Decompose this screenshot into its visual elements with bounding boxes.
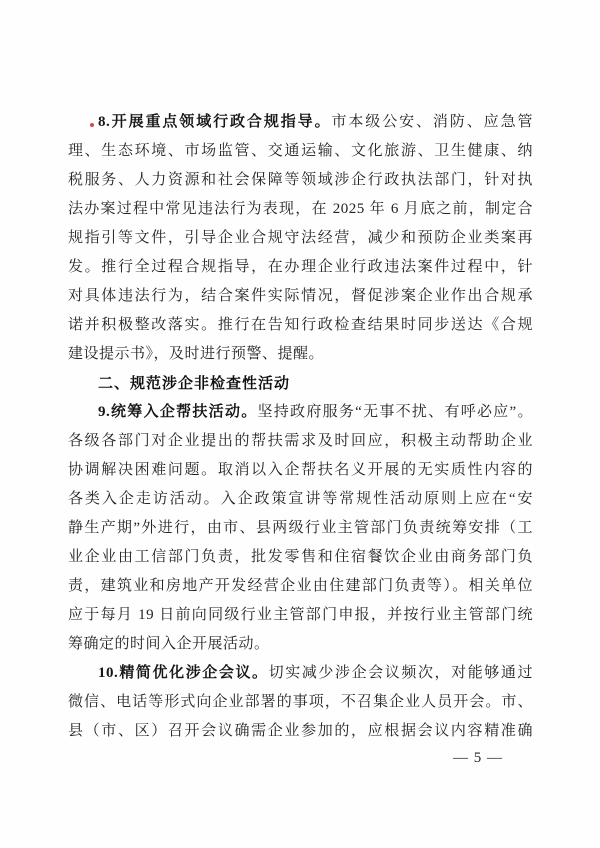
paragraph-9-line-6: 业企业由工信部门负责，批发零售和住宿餐饮企业由商务部门负 bbox=[68, 543, 533, 572]
page-number: — 5 — bbox=[453, 750, 503, 766]
paragraph-8-line-4: 法办案过程中常见违法行为表现，在 2025 年 6 月底之前，制定合 bbox=[68, 195, 533, 224]
paragraph-8-line-2: 理、生态环境、市场监管、交通运输、文化旅游、卫生健康、纳 bbox=[68, 137, 533, 166]
paragraph-10-lead: 10.精简优化涉企会议。 bbox=[98, 665, 269, 681]
paragraph-10-text: 切实减少涉企会议频次，对能够通过 bbox=[269, 665, 533, 681]
paragraph-9-line-9: 筹确定的时间入企开展活动。 bbox=[68, 630, 533, 659]
document-body: 8.开展重点领域行政合规指导。市本级公安、消防、应急管 理、生态环境、市场监管、… bbox=[68, 108, 533, 746]
paragraph-9-lead: 9.统筹入企帮扶活动。 bbox=[98, 404, 258, 420]
paragraph-8-line-6: 发。推行全过程合规指导，在办理企业行政违法案件过程中，针 bbox=[68, 253, 533, 282]
page-footer: — 5 — bbox=[68, 747, 533, 769]
paragraph-8-line-1: 8.开展重点领域行政合规指导。市本级公安、消防、应急管 bbox=[68, 108, 533, 137]
paragraph-9-line-8: 应于每月 19 日前向同级行业主管部门申报，并按行业主管部门统 bbox=[68, 601, 533, 630]
paragraph-9-text: 坚持政府服务“无事不扰、有呼必应”。 bbox=[258, 404, 533, 420]
paragraph-8-line-7: 对具体违法行为，结合案件实际情况，督促涉案企业作出合规承 bbox=[68, 282, 533, 311]
paragraph-9-line-7: 责，建筑业和房地产开发经营企业由住建部门负责等）。相关单位 bbox=[68, 572, 533, 601]
document-page: 8.开展重点领域行政合规指导。市本级公安、消防、应急管 理、生态环境、市场监管、… bbox=[0, 0, 600, 848]
paragraph-10-line-3: 县（市、区）召开会议确需企业参加的，应根据会议内容精准确 bbox=[68, 717, 533, 746]
paragraph-9-line-5: 静生产期”外进行，由市、县两级行业主管部门负责统筹安排（工 bbox=[68, 514, 533, 543]
paragraph-9-line-2: 各级各部门对企业提出的帮扶需求及时回应，积极主动帮助企业 bbox=[68, 427, 533, 456]
paragraph-8-lead: 8.开展重点领域行政合规指导。 bbox=[98, 114, 331, 130]
paragraph-8-line-3: 税服务、人力资源和社会保障等领域涉企行政执法部门，针对执 bbox=[68, 166, 533, 195]
scan-artifact-speck bbox=[90, 123, 94, 127]
paragraph-9-line-1: 9.统筹入企帮扶活动。坚持政府服务“无事不扰、有呼必应”。 bbox=[68, 398, 533, 427]
paragraph-8-line-9: 建设提示书》，及时进行预警、提醒。 bbox=[68, 340, 533, 369]
paragraph-9-line-3: 协调解决困难问题。取消以入企帮扶名义开展的无实质性内容的 bbox=[68, 456, 533, 485]
paragraph-9-line-4: 各类入企走访活动。入企政策宣讲等常规性活动原则上应在“安 bbox=[68, 485, 533, 514]
paragraph-10-line-1: 10.精简优化涉企会议。切实减少涉企会议频次，对能够通过 bbox=[68, 659, 533, 688]
section-2-heading: 二、规范涉企非检查性活动 bbox=[68, 369, 533, 398]
paragraph-8-text: 市本级公安、消防、应急管 bbox=[331, 114, 533, 130]
paragraph-8-line-5: 规指引等文件，引导企业合规守法经营，减少和预防企业类案再 bbox=[68, 224, 533, 253]
paragraph-8-line-8: 诺并积极整改落实。推行在告知行政检查结果时同步送达《合规 bbox=[68, 311, 533, 340]
paragraph-10-line-2: 微信、电话等形式向企业部署的事项，不召集企业人员开会。市、 bbox=[68, 688, 533, 717]
